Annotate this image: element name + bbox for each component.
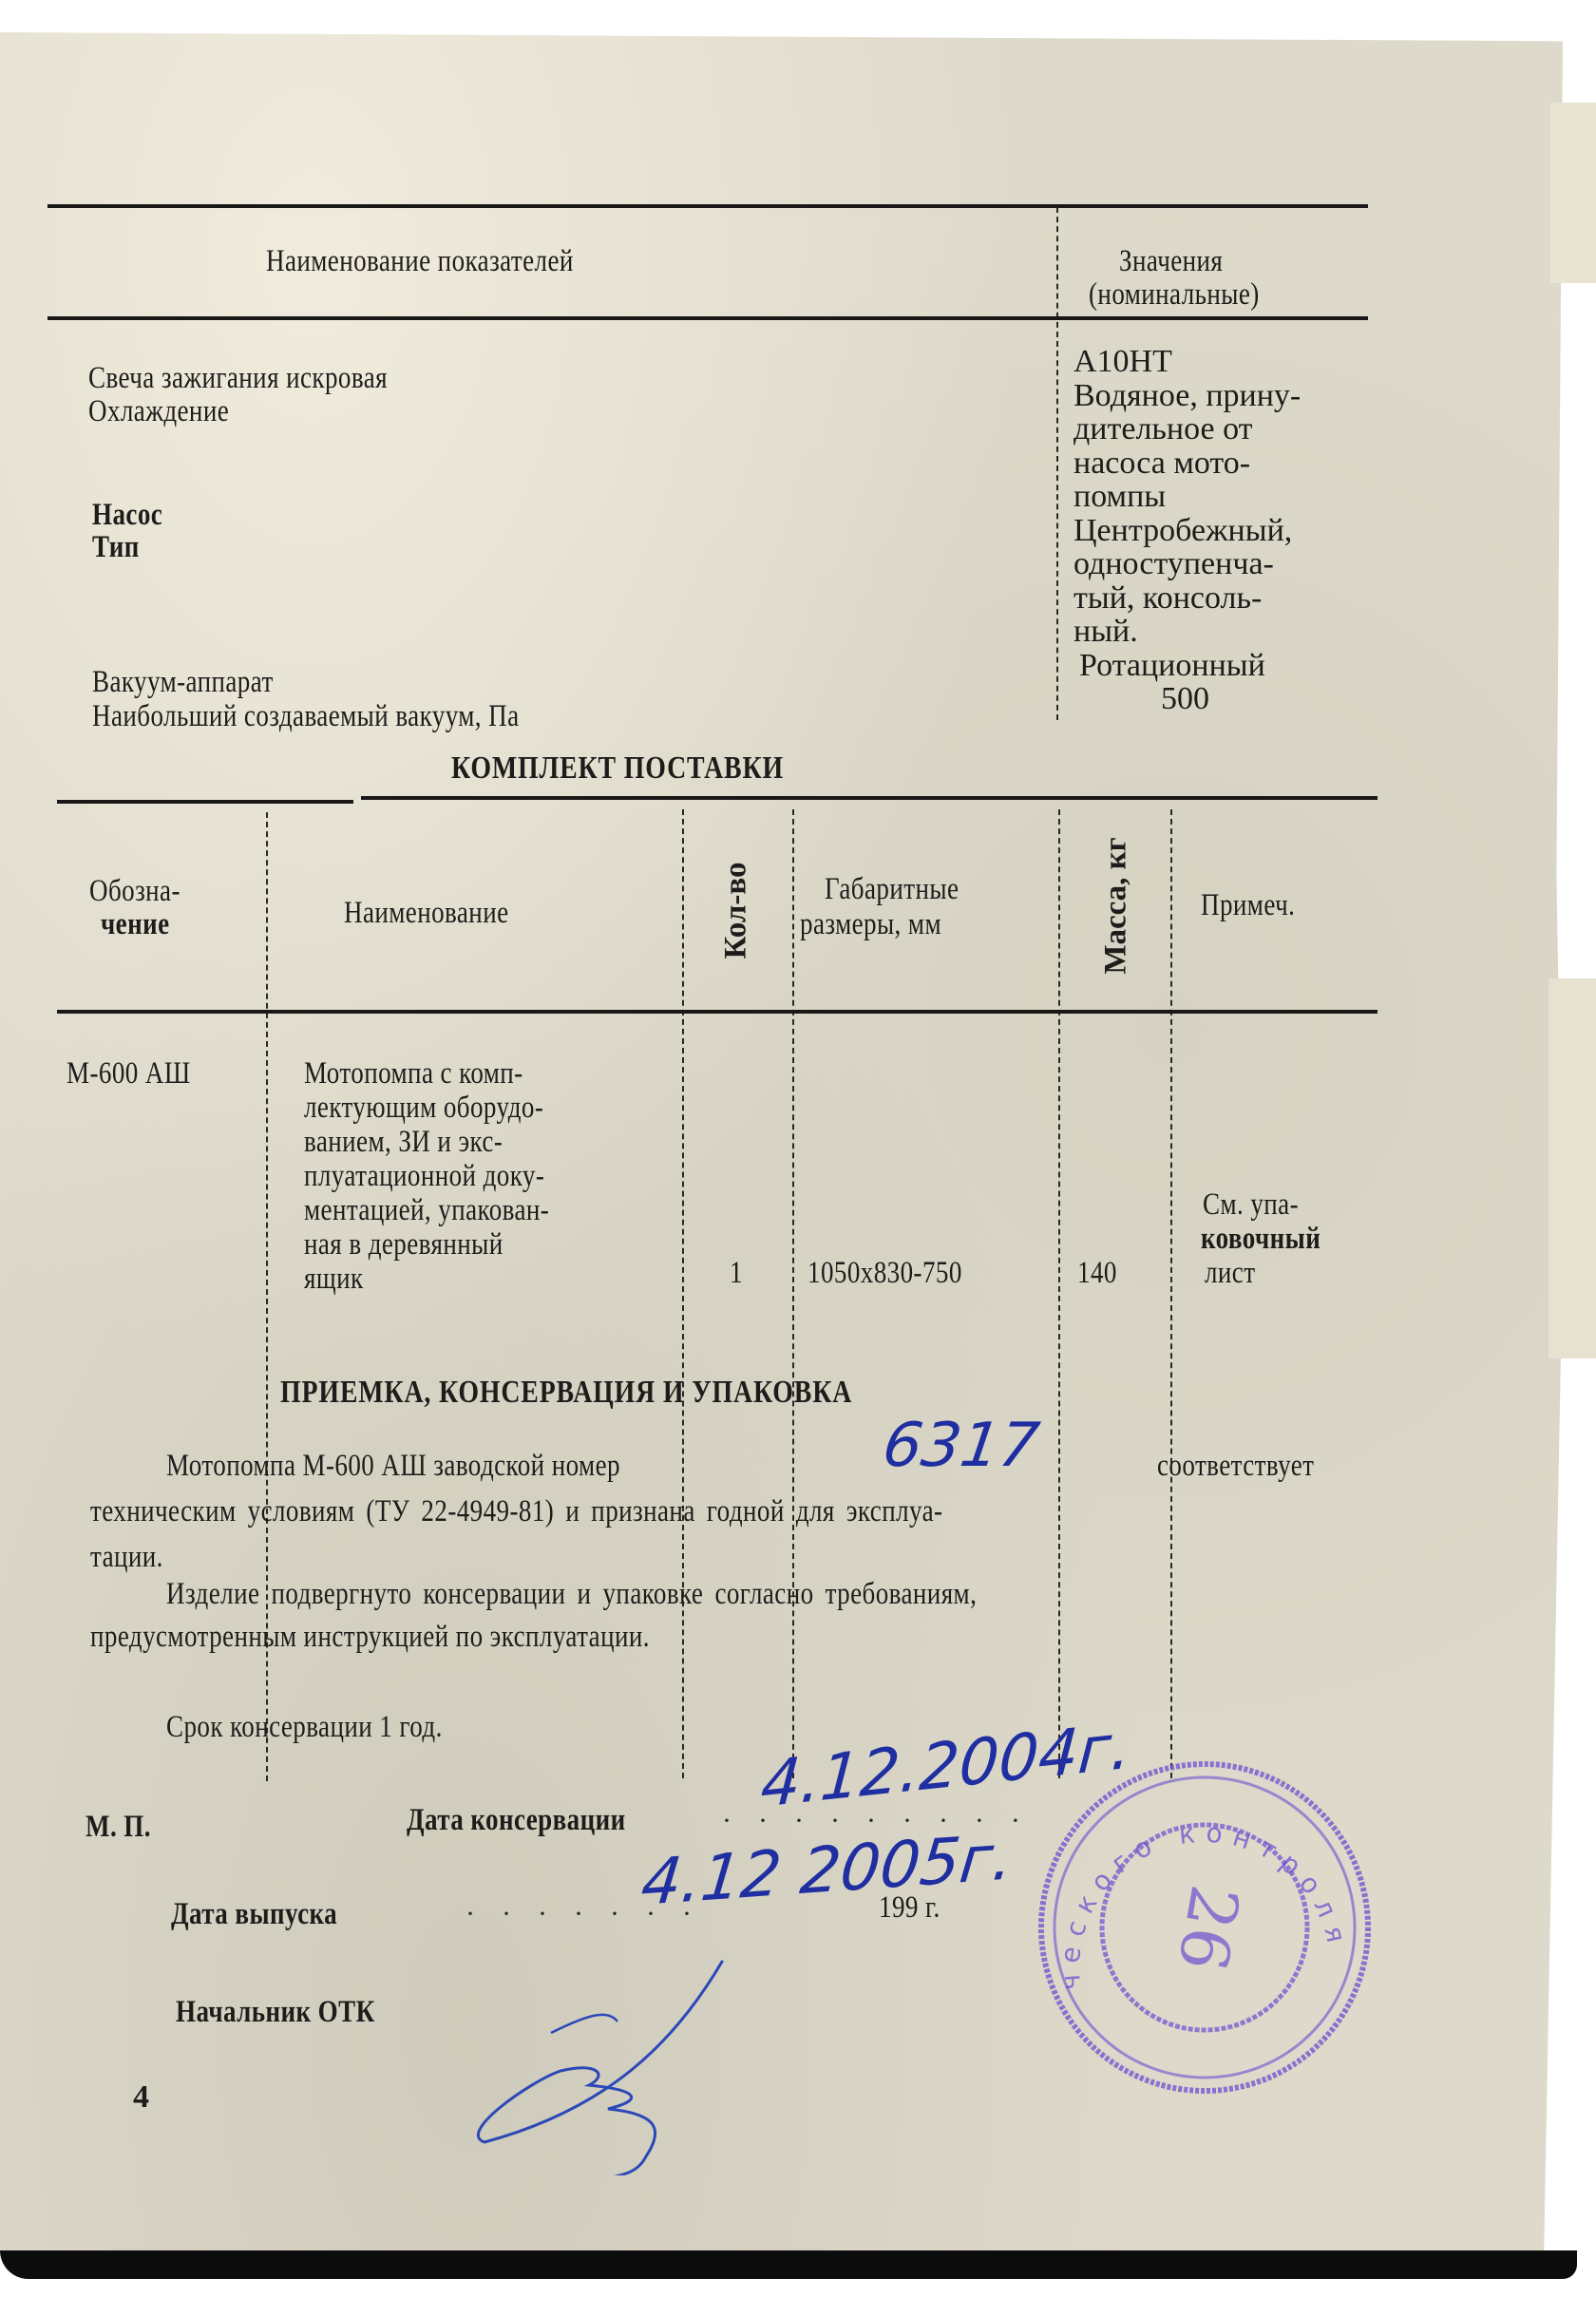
- delivery-header-name: Наименование: [344, 896, 509, 930]
- delivery-table-top-rule: [57, 800, 353, 804]
- spec-value-cooling: дительное от: [1073, 412, 1301, 446]
- delivery-cell-name: лектующим оборудо-: [304, 1091, 543, 1125]
- delivery-cell-name: плуатационной доку-: [304, 1159, 544, 1193]
- acceptance-title: ПРИЕМКА, КОНСЕРВАЦИЯ И УПАКОВКА: [280, 1375, 852, 1411]
- spec-value-type: Центробежный,: [1073, 514, 1301, 548]
- specs-header-name: Наименование показателей: [266, 244, 574, 278]
- spec-value-type: тый, консоль-: [1073, 581, 1301, 616]
- delivery-header-designation-sub: чение: [101, 907, 170, 941]
- specs-header-value: Значения: [1119, 244, 1223, 278]
- spec-value-max-vacuum: 500: [1073, 682, 1301, 716]
- spec-label-max-vacuum: Наибольший создаваемый вакуум, Па: [92, 699, 520, 733]
- spec-label-vacuum-device: Вакуум-аппарат: [92, 665, 274, 699]
- delivery-cell-mass: 140: [1077, 1256, 1117, 1290]
- acceptance-para1-line3: тации.: [90, 1540, 163, 1574]
- delivery-cell-note: лист: [1205, 1256, 1255, 1290]
- delivery-cell-qty: 1: [730, 1256, 743, 1290]
- scan-shadow: [0, 2250, 1577, 2279]
- spec-value-vacuum-device: Ротационный: [1073, 649, 1301, 683]
- acceptance-para2-line1: Изделие подвергнуто консервации и упаков…: [166, 1577, 977, 1611]
- delivery-cell-name: ящик: [304, 1262, 364, 1296]
- delivery-header-mass: Масса, кг: [1099, 797, 1134, 1016]
- official-stamp-icon: ческого контроля 26: [1024, 1752, 1385, 2103]
- specs-values-column: А10НТ Водяное, прину- дительное от насос…: [1073, 345, 1301, 716]
- delivery-col-divider: [1058, 809, 1060, 1778]
- serial-number-handwritten: 6317: [879, 1411, 1043, 1481]
- stamp-place-label: М. П.: [85, 1810, 151, 1844]
- table-header-rule: [47, 316, 1368, 320]
- delivery-cell-note: См. упа-: [1203, 1187, 1299, 1222]
- table-column-divider: [1056, 207, 1058, 720]
- page-number: 4: [133, 2080, 150, 2115]
- delivery-cell-name: ванием, ЗИ и экс-: [304, 1125, 503, 1159]
- delivery-cell-name: ментацией, упакован-: [304, 1193, 549, 1227]
- delivery-cell-designation: М-600 АШ: [66, 1056, 191, 1091]
- delivery-col-divider: [792, 809, 794, 1778]
- delivery-cell-name: ная в деревянный: [304, 1227, 503, 1262]
- delivery-set-title: КОМПЛЕКТ ПОСТАВКИ: [451, 750, 784, 787]
- specs-header-value-sub: (номинальные): [1089, 277, 1260, 312]
- page-edge: [1548, 978, 1596, 1358]
- delivery-cell-name: Мотопомпа с комп-: [304, 1056, 523, 1091]
- conservation-term: Срок консервации 1 год.: [166, 1710, 443, 1744]
- conservation-date-label: Дата консервации: [407, 1803, 626, 1837]
- spec-label-pump: Насос: [92, 498, 162, 532]
- spec-value-cooling: насоса мото-: [1073, 446, 1301, 481]
- delivery-col-divider: [1170, 809, 1172, 1778]
- delivery-cell-dims: 1050x830-750: [807, 1256, 962, 1290]
- stamp-number: 26: [1163, 1880, 1254, 1977]
- delivery-header-note: Примеч.: [1201, 888, 1295, 922]
- delivery-header-dims: Габаритные: [825, 872, 959, 906]
- delivery-col-divider: [682, 809, 684, 1778]
- spec-value-cooling: помпы: [1073, 480, 1301, 514]
- acceptance-para1-line2: техническим условиям (ТУ 22-4949-81) и п…: [90, 1494, 1407, 1528]
- spec-value-cooling: Водяное, прину-: [1073, 379, 1301, 413]
- delivery-header-rule: [57, 1010, 1377, 1014]
- spec-label-spark-plug: Свеча зажигания искровая: [88, 361, 388, 395]
- otk-head-label: Начальник ОТК: [176, 1995, 375, 2029]
- page-edge: [1550, 103, 1596, 283]
- delivery-table-top-rule: [361, 796, 1377, 800]
- spec-value-type: ный.: [1073, 615, 1301, 649]
- delivery-cell-note: ковочный: [1201, 1222, 1320, 1256]
- table-top-rule: [47, 204, 1368, 208]
- delivery-header-designation: Обозна-: [89, 874, 180, 908]
- signature: [446, 1947, 769, 2175]
- spec-value-spark-plug: А10НТ: [1073, 345, 1301, 379]
- acceptance-para1: Мотопомпа М-600 АШ заводской номер: [166, 1449, 620, 1483]
- spec-label-cooling: Охлаждение: [88, 394, 229, 428]
- delivery-header-qty: Кол-во: [719, 849, 754, 973]
- release-date-label: Дата выпуска: [171, 1897, 337, 1931]
- acceptance-para2-line2: предусмотренным инструкцией по эксплуата…: [90, 1620, 650, 1654]
- spec-label-type: Тип: [92, 530, 140, 564]
- spec-value-type: одноступенча-: [1073, 547, 1301, 581]
- delivery-header-dims-sub: размеры, мм: [800, 907, 941, 941]
- acceptance-para1-end: соответствует: [1157, 1449, 1314, 1483]
